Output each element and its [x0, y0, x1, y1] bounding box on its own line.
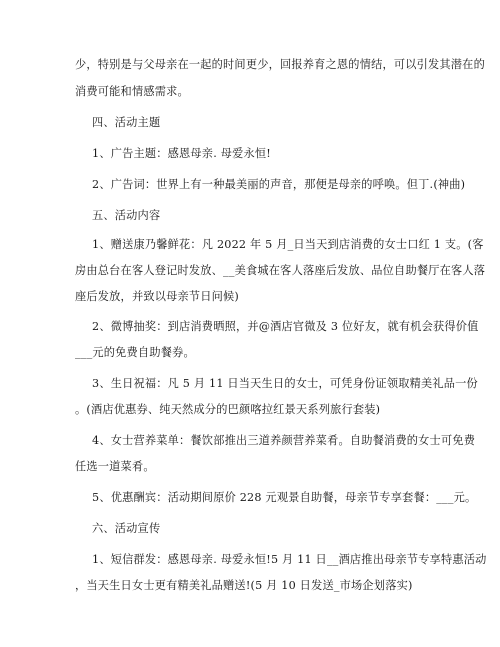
paragraph-line: ___元的免费自助餐券。	[75, 346, 435, 360]
paragraph-line: 5、优惠酬宾：活动期间原价 228 元观景自助餐，母亲节专享套餐：___元。	[92, 491, 452, 505]
paragraph-line: 座后发放，并致以母亲节日问候)	[75, 290, 435, 304]
paragraph-line: ，当天生日女士更有精美礼品赠送!(5 月 10 日发送_市场企划落实)	[75, 579, 435, 593]
paragraph-line: 2、广告词：世界上有一种最美丽的声音，那便是母亲的呼唤。但丁.(神曲)	[92, 178, 452, 192]
section-heading-theme: 四、活动主题	[92, 116, 452, 130]
paragraph-line: 少，特别是与父母亲在一起的时间更少，回报养育之恩的情结，可以引发其潜在的	[75, 58, 435, 72]
paragraph-line: 1、短信群发：感恩母亲. 母爱永恒!5 月 11 日__酒店推出母亲节专享特惠活…	[92, 553, 452, 567]
section-heading-promotion: 六、活动宣传	[92, 522, 452, 536]
paragraph-line: 2、微博抽奖：到店消费晒照，并@酒店官微及 3 位好友，就有机会获得价值	[92, 320, 452, 334]
paragraph-line: 3、生日祝福：凡 5 月 11 日当天生日的女士，可凭身份证领取精美礼品一份	[92, 377, 452, 391]
paragraph-line: 。(酒店优惠券、纯天然成分的巴颜喀拉红景天系列旅行套装)	[75, 403, 435, 417]
section-heading-content: 五、活动内容	[92, 209, 452, 223]
paragraph-line: 消费可能和情感需求。	[75, 85, 435, 99]
paragraph-line: 1、赠送康乃馨鲜花：凡 2022 年 5 月_日当天到店消费的女士口红 1 支。…	[92, 238, 452, 252]
paragraph-line: 4、女士营养菜单：餐饮部推出三道养颜营养菜肴。自助餐消费的女士可免费	[92, 434, 452, 448]
paragraph-line: 1、广告主题：感恩母亲. 母爱永恒!	[92, 147, 452, 161]
paragraph-line: 房由总台在客人登记时发放、__美食城在客人落座后发放、品位自助餐厅在客人落	[75, 264, 435, 278]
paragraph-line: 任选一道菜肴。	[75, 460, 435, 474]
document-page: 少，特别是与父母亲在一起的时间更少，回报养育之恩的情结，可以引发其潜在的 消费可…	[0, 0, 500, 647]
